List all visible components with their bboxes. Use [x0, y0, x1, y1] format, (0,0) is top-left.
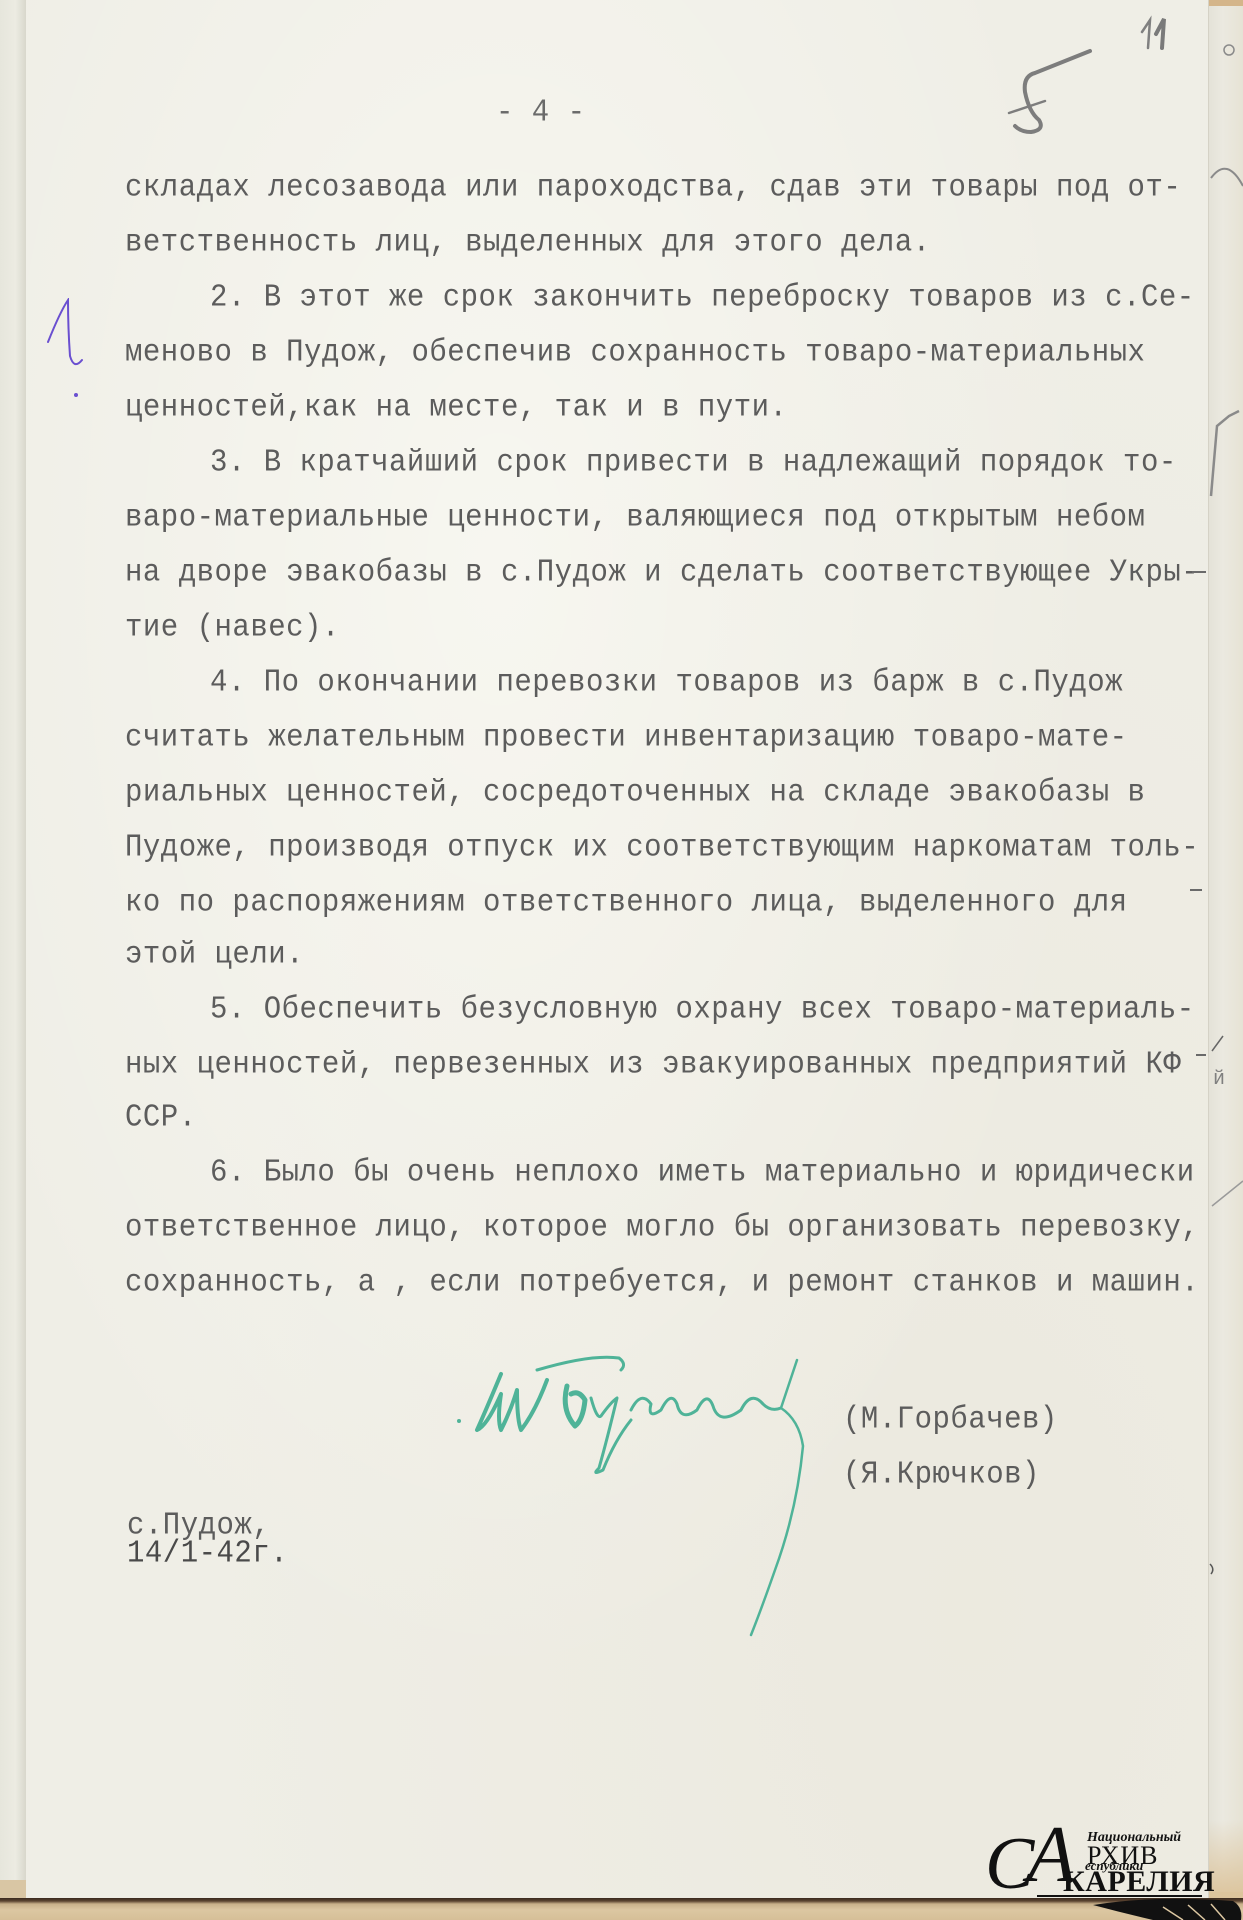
pencil-margin-ticks-icon [1176, 560, 1208, 1260]
body-line: 4. По окончании перевозки товаров из бар… [210, 665, 1123, 702]
body-line: ко по распоряжениям ответственного лица,… [125, 885, 1128, 922]
body-line: складах лесозавода или пароходства, сдав… [125, 170, 1181, 207]
body-line: ответственное лицо, которое могло бы орг… [125, 1210, 1199, 1247]
body-line: ветственность лиц, выделенных для этого … [125, 225, 931, 262]
handwritten-folio-5-icon [1001, 40, 1101, 135]
handwritten-sheet-11-icon [1136, 14, 1181, 54]
page-number: - 4 - [496, 95, 586, 132]
archive-watermark-logo: С А Национальный РХИВ еспублики КАРЕЛИЯ [985, 1815, 1225, 1920]
body-line: считать желательным провести инвентариза… [125, 720, 1128, 757]
body-line: ценностей,как на месте, так и в пути. [125, 390, 787, 427]
body-line: этой цели. [125, 937, 304, 974]
body-line: 3. В кратчайший срок привести в надлежащ… [210, 445, 1177, 482]
signatory-name: (М.Горбачев) [843, 1402, 1058, 1439]
purple-margin-mark-icon [38, 298, 88, 403]
body-line: 6. Было бы очень неплохо иметь материаль… [210, 1155, 1195, 1192]
adjacent-page-letter: й [1213, 1068, 1225, 1091]
logo-line-karelia: КАРЕЛИЯ [1063, 1867, 1215, 1897]
body-line: меново в Пудож, обеспечив сохранность то… [125, 335, 1145, 372]
adjacent-page: й [1208, 6, 1243, 1892]
signatory-name: (Я.Крючков) [843, 1457, 1040, 1494]
left-page-edge [0, 0, 27, 1880]
body-line: тие (навес). [125, 610, 340, 647]
body-line: варо-материальные ценности, валяющиеся п… [125, 500, 1145, 537]
quill-feather-icon [1093, 1895, 1243, 1920]
document-page: - 4 - складах лесозавода или пароходства… [26, 0, 1208, 1898]
body-line: риальных ценностей, сосредоточенных на с… [125, 775, 1145, 812]
body-line: на дворе эвакобазы в с.Пудож и сделать с… [125, 555, 1199, 592]
body-line: Пудоже, производя отпуск их соответствую… [125, 830, 1199, 867]
handwritten-signature-icon [451, 1350, 841, 1645]
body-line: 2. В этот же срок закончить переброску т… [210, 280, 1195, 317]
date-line: 14/1-42г. [127, 1539, 288, 1569]
adjacent-page-pencil-marks-icon [1209, 6, 1243, 1892]
body-line: ных ценностей, первезенных из эвакуирова… [125, 1047, 1181, 1084]
body-line: ССР. [125, 1100, 197, 1137]
body-line: сохранность, а , если потребуется, и рем… [125, 1265, 1199, 1302]
body-line: 5. Обеспечить безусловную охрану всех то… [210, 992, 1195, 1029]
